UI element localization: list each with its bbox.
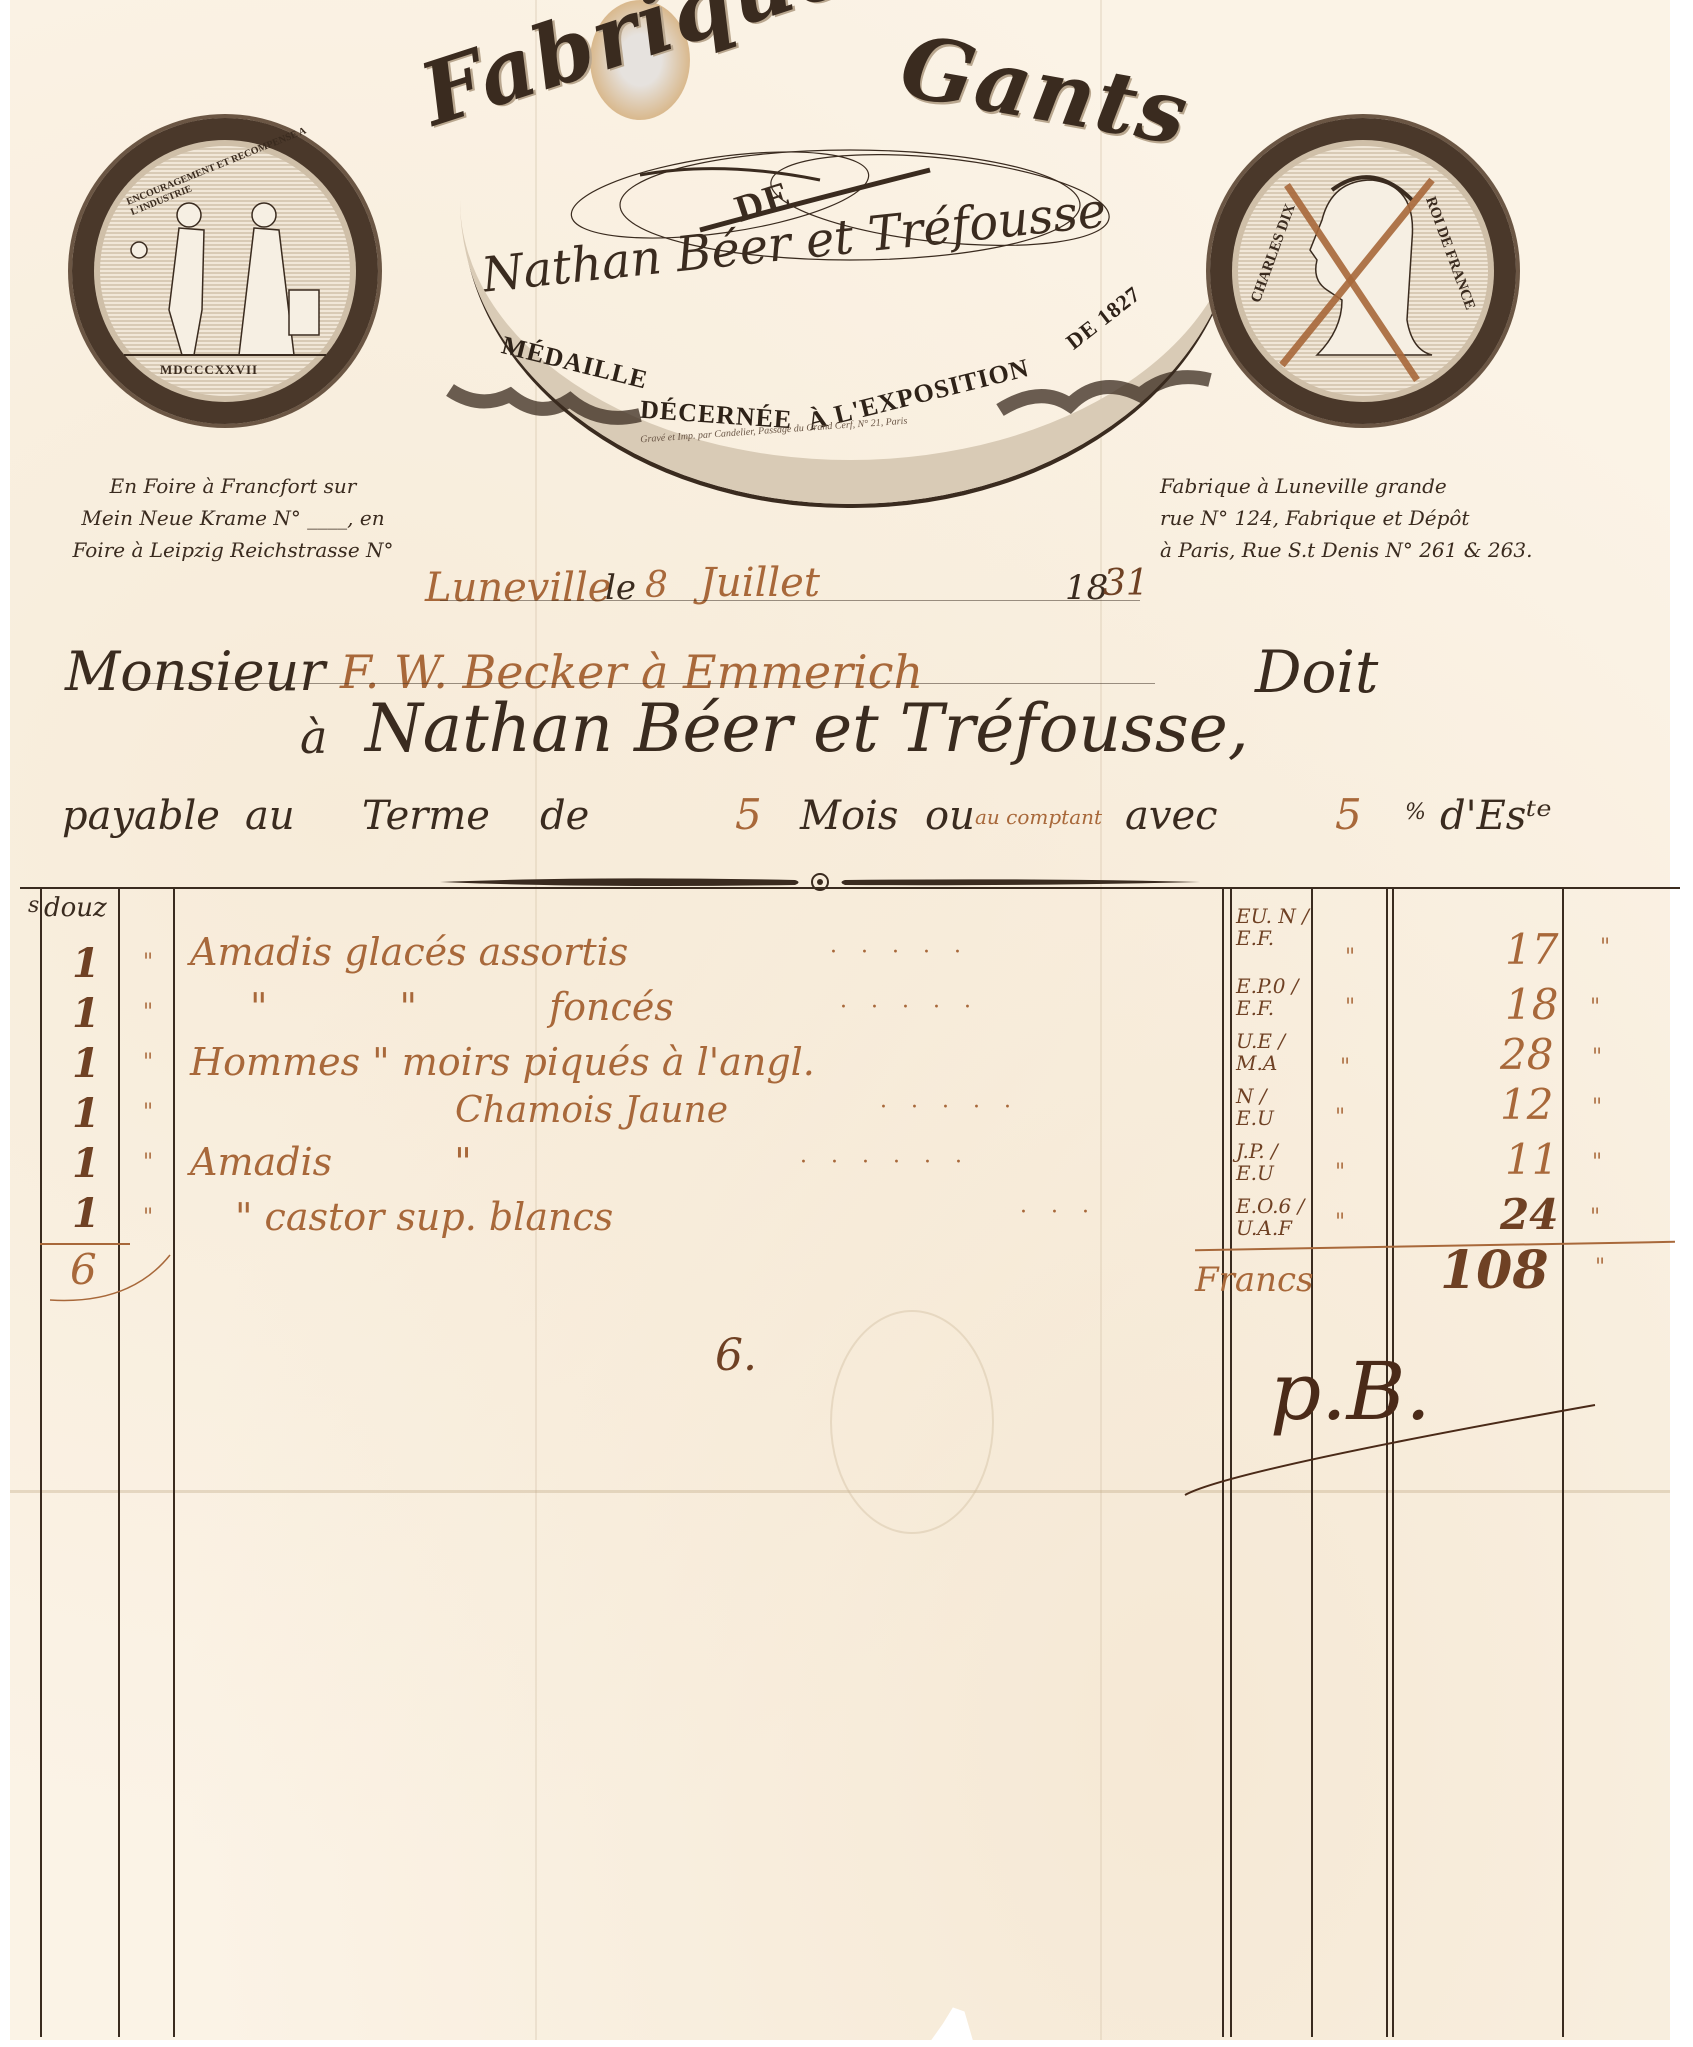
row-ditto: " [143, 1205, 153, 1230]
address-left-line: En Foire à Francfort sur [48, 470, 418, 502]
table-col-line [173, 887, 175, 2037]
address-left-line: Foire à Leipzig Reichstrasse N° [48, 534, 418, 566]
row-description: " " foncés [250, 985, 674, 1029]
terms-escompte: d'Esᵗᵉ [1440, 793, 1552, 839]
row-description: " castor sup. blancs [235, 1195, 613, 1239]
row-price-ditto: " [1590, 995, 1600, 1020]
terms-de: de [540, 793, 589, 839]
address-right-line: Fabrique à Luneville grande [1160, 470, 1580, 502]
firm-name-script: Nathan Béer et Tréfousse, [365, 690, 1249, 767]
row-description: Chamois Jaune [455, 1090, 728, 1131]
row-price: 11 [1505, 1135, 1558, 1184]
year-written: 31 [1103, 563, 1149, 604]
row-ditto: " [143, 950, 153, 975]
address-right: Fabrique à Luneville grande rue N° 124, … [1160, 470, 1580, 566]
row-ditto: " [143, 1000, 153, 1025]
total-amount: 108 [1440, 1240, 1549, 1301]
row-ditto: " [143, 1100, 153, 1125]
row-price-ditto: " [1600, 935, 1610, 960]
qty-total-flourish [40, 1245, 180, 1305]
row-description: Hommes " moirs piqués à l'angl. [190, 1040, 815, 1084]
row-price: 18 [1505, 980, 1558, 1029]
table-col-line [40, 887, 42, 2037]
terms-ou: ou [925, 793, 975, 839]
address-right-line: rue N° 124, Fabrique et Dépôt [1160, 502, 1580, 534]
row-price-ditto: " [1592, 1095, 1602, 1120]
row-qty: 1 [72, 1090, 100, 1137]
row-qty: 1 [72, 940, 100, 987]
row-code-ditto: " [1335, 1160, 1345, 1185]
dot-leader: ······ [800, 1150, 986, 1175]
address-left-line: Mein Neue Krame N° ____, en [48, 502, 418, 534]
row-code-ditto: " [1335, 1210, 1345, 1235]
row-code: N / E.U [1236, 1085, 1310, 1129]
date-le: le [605, 568, 636, 608]
row-price: 12 [1500, 1080, 1553, 1129]
faint-postmark [830, 1310, 994, 1534]
side-note: 6. [715, 1330, 757, 1381]
terms-percent: % [1405, 800, 1426, 825]
row-code: E.P.0 / E.F. [1236, 975, 1310, 1019]
row-qty: 1 [72, 1040, 100, 1087]
row-code: EU. N / E.F. [1236, 905, 1310, 949]
terms-au-comptant: au comptant [975, 805, 1102, 829]
medal-right-charles-x [1210, 118, 1516, 424]
row-price-ditto: " [1590, 1205, 1600, 1230]
date-underline [440, 600, 1140, 601]
dot-leader: ····· [880, 1095, 1035, 1120]
terms-payable: payable [62, 793, 220, 839]
row-price: 17 [1505, 925, 1558, 974]
terms-au: au [245, 793, 295, 839]
dot-leader: ····· [840, 995, 995, 1020]
row-code: J.P. / E.U [1236, 1140, 1310, 1184]
table-col-line [118, 887, 120, 2037]
row-code-ditto: " [1340, 1055, 1350, 1080]
row-description: Amadis glacés assortis [190, 930, 628, 974]
total-ditto: " [1595, 1255, 1605, 1280]
row-code-ditto: " [1345, 945, 1355, 970]
row-ditto: " [143, 1150, 153, 1175]
terms-avec: avec [1125, 793, 1218, 839]
medal-left-year: MDCCCXXVII [160, 362, 258, 378]
year-printed: 18 [1065, 568, 1108, 608]
row-description: Amadis " [190, 1140, 472, 1184]
terms-months-value: 5 [735, 790, 762, 839]
dot-leader: ····· [830, 940, 985, 965]
row-price: 24 [1500, 1190, 1558, 1239]
row-price-ditto: " [1592, 1045, 1602, 1070]
row-qty: 1 [72, 1140, 100, 1187]
terms-discount-value: 5 [1335, 790, 1362, 839]
row-price: 28 [1500, 1030, 1553, 1079]
row-code-ditto: " [1345, 995, 1355, 1020]
row-code-ditto: " [1335, 1105, 1345, 1130]
customer-underline [125, 683, 1155, 684]
row-ditto: " [143, 1050, 153, 1075]
col-header-prefix: s [28, 893, 39, 918]
terms-terme: Terme [362, 793, 490, 839]
row-qty: 1 [72, 990, 100, 1037]
address-left: En Foire à Francfort sur Mein Neue Krame… [48, 470, 418, 566]
row-price-ditto: " [1592, 1150, 1602, 1175]
dot-leader: ··· [1020, 1200, 1113, 1225]
terms-mois: Mois [800, 793, 898, 839]
table-top-rule [20, 887, 1680, 889]
row-qty: 1 [72, 1190, 100, 1237]
col-header-douz: douz [44, 893, 107, 923]
total-label: Francs [1195, 1260, 1314, 1300]
signature-flourish [1180, 1400, 1600, 1500]
ribbon-end-right [990, 370, 1250, 440]
doit-label: Doit [1255, 638, 1378, 706]
row-code: U.E / M.A [1236, 1030, 1310, 1074]
a-label: à [300, 710, 327, 764]
invoice-place: Luneville [425, 565, 611, 611]
monsieur-label: Monsieur [65, 640, 325, 703]
address-right-line: à Paris, Rue S.t Denis N° 261 & 263. [1160, 534, 1580, 566]
row-code: E.O.6 / U.A.F [1236, 1195, 1310, 1239]
ornamental-divider [440, 870, 1200, 894]
